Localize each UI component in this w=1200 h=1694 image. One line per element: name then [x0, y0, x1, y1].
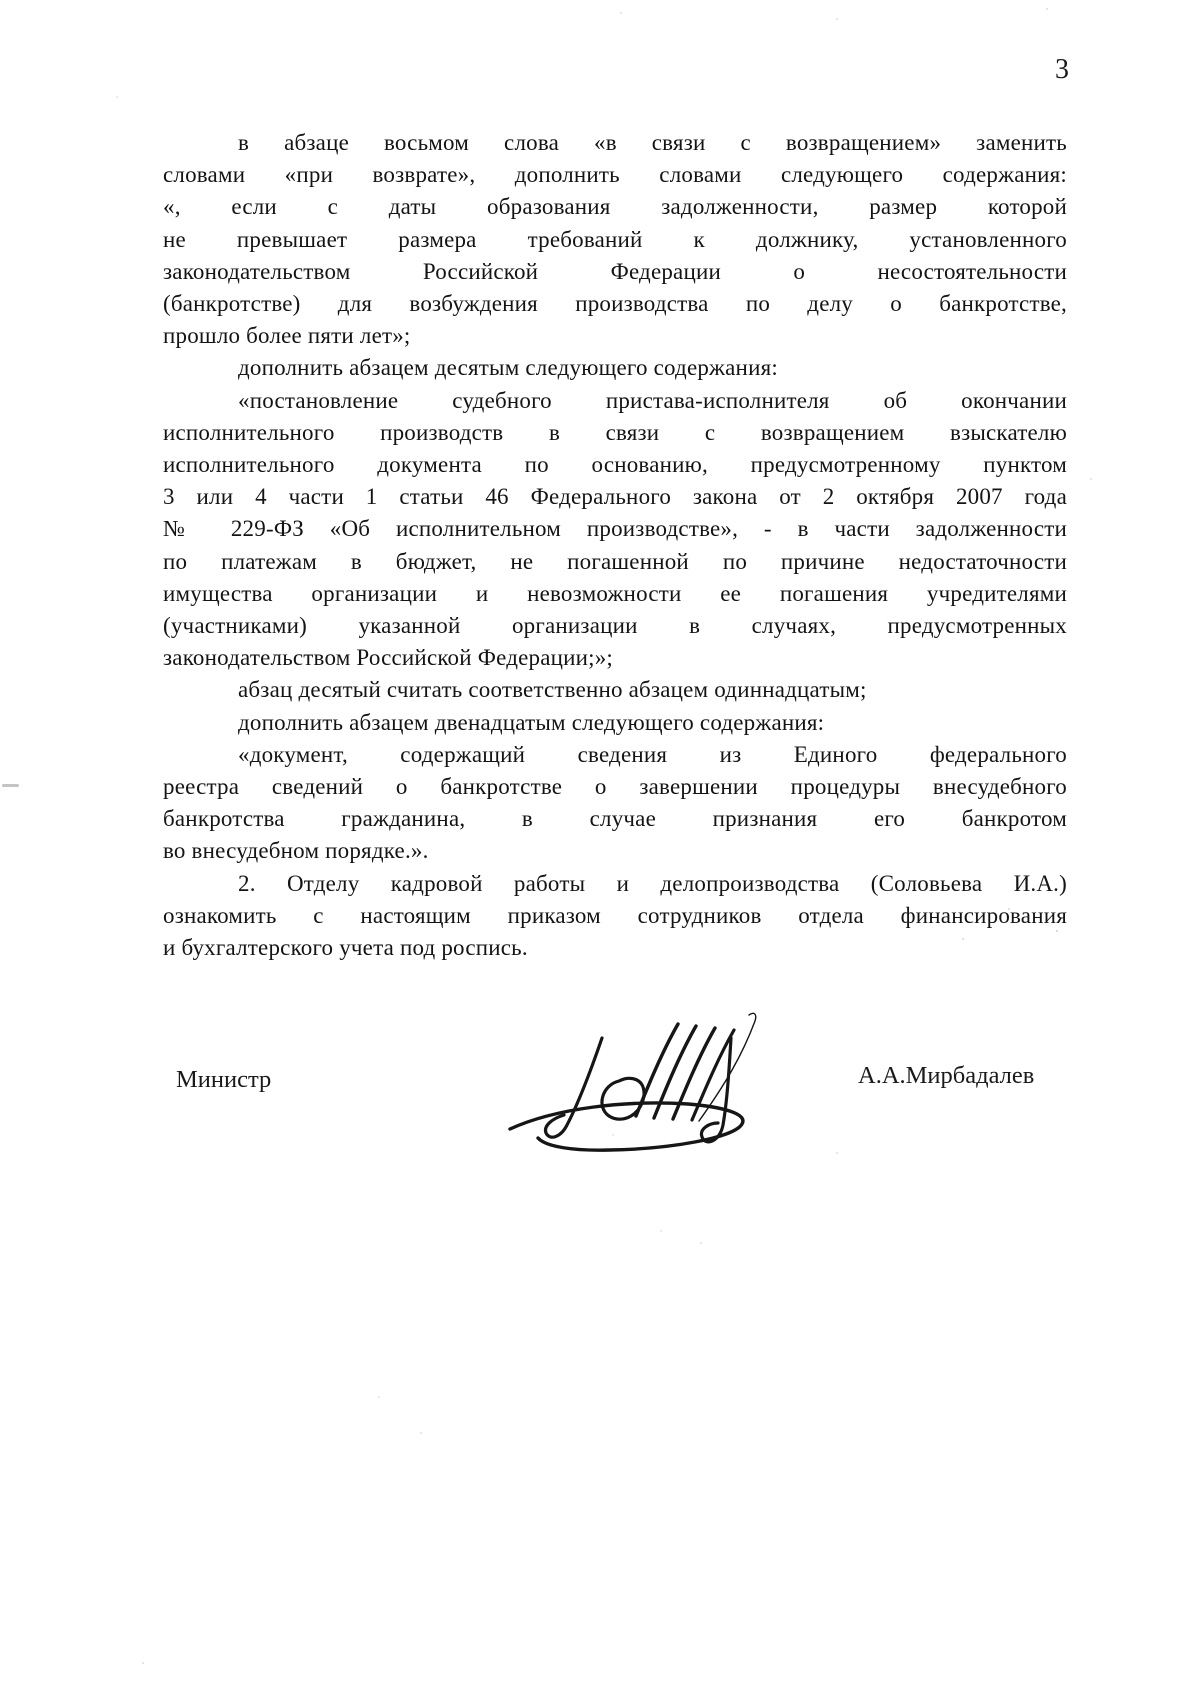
signatory-title: Министр	[176, 1066, 271, 1094]
text-line: имущества организации и невозможности ее…	[163, 578, 1067, 610]
text-line: словами «при возврате», дополнить словам…	[163, 159, 1067, 191]
text-line: «документ, содержащий сведения из Единог…	[163, 739, 1067, 771]
text-line: 3 или 4 части 1 статьи 46 Федерального з…	[163, 481, 1067, 513]
text-line: исполнительного производств в связи с во…	[163, 417, 1067, 449]
text-line: (участниками) указанной организации в сл…	[163, 610, 1067, 642]
text-line: абзац десятый считать соответственно абз…	[163, 674, 1067, 706]
text-line: прошло более пяти лет»;	[163, 320, 1067, 352]
text-line: исполнительного документа по основанию, …	[163, 449, 1067, 481]
text-line: и бухгалтерского учета под роспись.	[163, 932, 1067, 964]
text-line: «постановление судебного пристава-исполн…	[163, 385, 1067, 417]
text-line: банкротства гражданина, в случае признан…	[163, 803, 1067, 835]
text-line: законодательством Российской Федерации о…	[163, 256, 1067, 288]
text-line: 2. Отделу кадровой работы и делопроизвод…	[163, 868, 1067, 900]
text-line: во внесудебном порядке.».	[163, 835, 1067, 867]
text-line: реестра сведений о банкротстве о заверше…	[163, 771, 1067, 803]
text-line: № 229-ФЗ «Об исполнительном производстве…	[163, 513, 1067, 545]
signatory-name: А.А.Мирбадалев	[858, 1062, 1034, 1090]
text-line: ознакомить с настоящим приказом сотрудни…	[163, 900, 1067, 932]
text-line: в абзаце восьмом слова «в связи с возвра…	[163, 127, 1067, 159]
document-page: 3 в абзаце восьмом слова «в связи с возв…	[0, 0, 1200, 1694]
page-number: 3	[1055, 54, 1069, 86]
text-line: не превышает размера требований к должни…	[163, 224, 1067, 256]
text-line: дополнить абзацем двенадцатым следующего…	[163, 707, 1067, 739]
scan-artifact-dash	[2, 784, 19, 787]
text-line: законодательством Российской Федерации;»…	[163, 642, 1067, 674]
text-line: по платежам в бюджет, не погашенной по п…	[163, 546, 1067, 578]
handwritten-signature-icon	[498, 1002, 766, 1154]
document-body: в абзаце восьмом слова «в связи с возвра…	[163, 127, 1067, 964]
text-line: (банкротстве) для возбуждения производст…	[163, 288, 1067, 320]
text-line: «, если с даты образования задолженности…	[163, 191, 1067, 223]
scan-noise-specks	[0, 0, 2, 2]
text-line: дополнить абзацем десятым следующего сод…	[163, 352, 1067, 384]
